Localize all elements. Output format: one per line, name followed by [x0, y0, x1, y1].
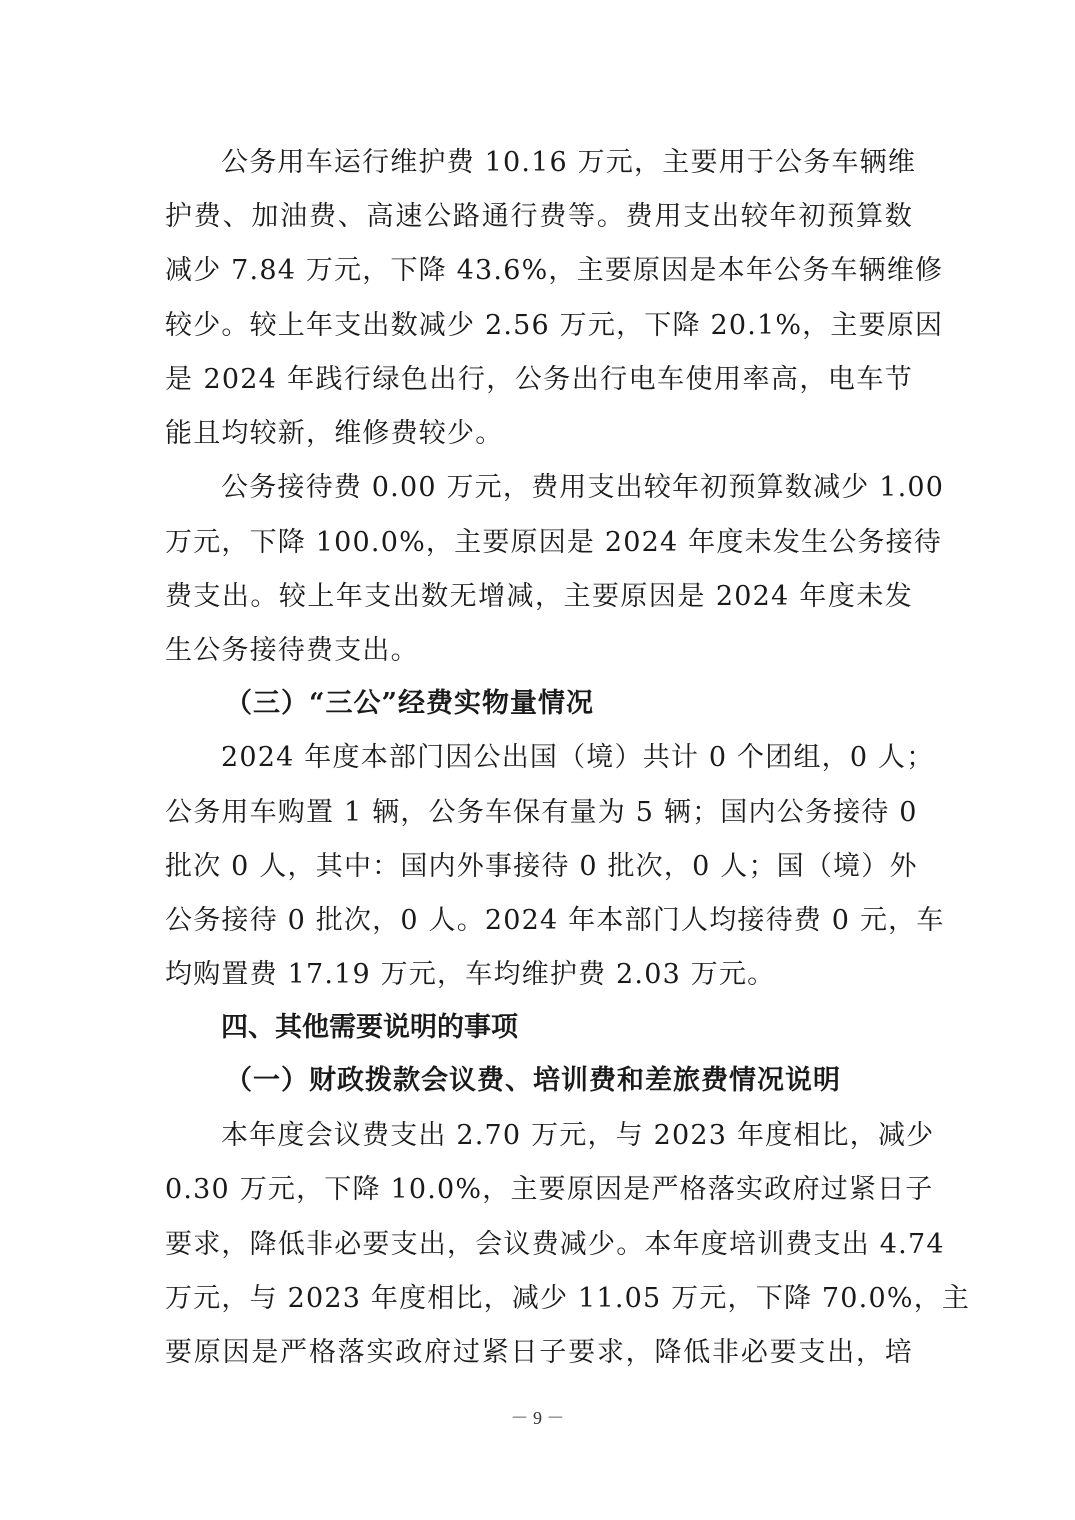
paragraph-line: 要原因是严格落实政府过紧日子要求，降低非必要支出，培 [165, 1335, 913, 1371]
paragraph-line: 万元，与 2023 年度相比，减少 11.05 万元，下降 70.0%，主 [165, 1281, 913, 1317]
paragraph-line: 减少 7.84 万元，下降 43.6%，主要原因是本年公务车辆维修 [165, 253, 913, 289]
document-page: 公务用车运行维护费 10.16 万元，主要用于公务车辆维 护费、加油费、高速公路… [0, 0, 1075, 1520]
section-subheading: （一）财政拨款会议费、培训费和差旅费情况说明 [225, 1063, 841, 1099]
section-subheading: （三）“三公”经费实物量情况 [225, 686, 594, 722]
paragraph-line: 要求，降低非必要支出，会议费减少。本年度培训费支出 4.74 [165, 1227, 913, 1263]
paragraph-line: 费支出。较上年支出数无增减，主要原因是 2024 年度未发 [165, 579, 913, 615]
paragraph-line: 公务用车运行维护费 10.16 万元，主要用于公务车辆维 [221, 145, 913, 181]
paragraph-line: 公务接待费 0.00 万元，费用支出较年初预算数减少 1.00 [221, 470, 913, 506]
paragraph-line: 公务接待 0 批次，0 人。2024 年本部门人均接待费 0 元，车 [165, 903, 913, 939]
paragraph-line: 本年度会议费支出 2.70 万元，与 2023 年度相比，减少 [221, 1118, 913, 1154]
paragraph-line: 批次 0 人，其中：国内外事接待 0 批次，0 人；国（境）外 [165, 849, 913, 885]
section-heading: 四、其他需要说明的事项 [221, 1010, 518, 1046]
paragraph-line: 公务用车购置 1 辆，公务车保有量为 5 辆；国内公务接待 0 [165, 795, 913, 831]
paragraph-line: 均购置费 17.19 万元，车均维护费 2.03 万元。 [165, 957, 913, 993]
paragraph-line: 护费、加油费、高速公路通行费等。费用支出较年初预算数 [165, 199, 913, 235]
paragraph-line: 是 2024 年践行绿色出行，公务出行电车使用率高，电车节 [165, 362, 913, 398]
paragraph-line: 较少。较上年支出数减少 2.56 万元，下降 20.1%，主要原因 [165, 308, 913, 344]
paragraph-line: 2024 年度本部门因公出国（境）共计 0 个团组，0 人； [221, 740, 913, 776]
page-number: － 9 － [0, 1406, 1075, 1430]
paragraph-line: 能且均较新，维修费较少。 [165, 416, 913, 452]
paragraph-line: 万元，下降 100.0%，主要原因是 2024 年度未发生公务接待 [165, 525, 913, 561]
paragraph-line: 0.30 万元，下降 10.0%，主要原因是严格落实政府过紧日子 [165, 1172, 913, 1208]
paragraph-line: 生公务接待费支出。 [165, 633, 913, 669]
